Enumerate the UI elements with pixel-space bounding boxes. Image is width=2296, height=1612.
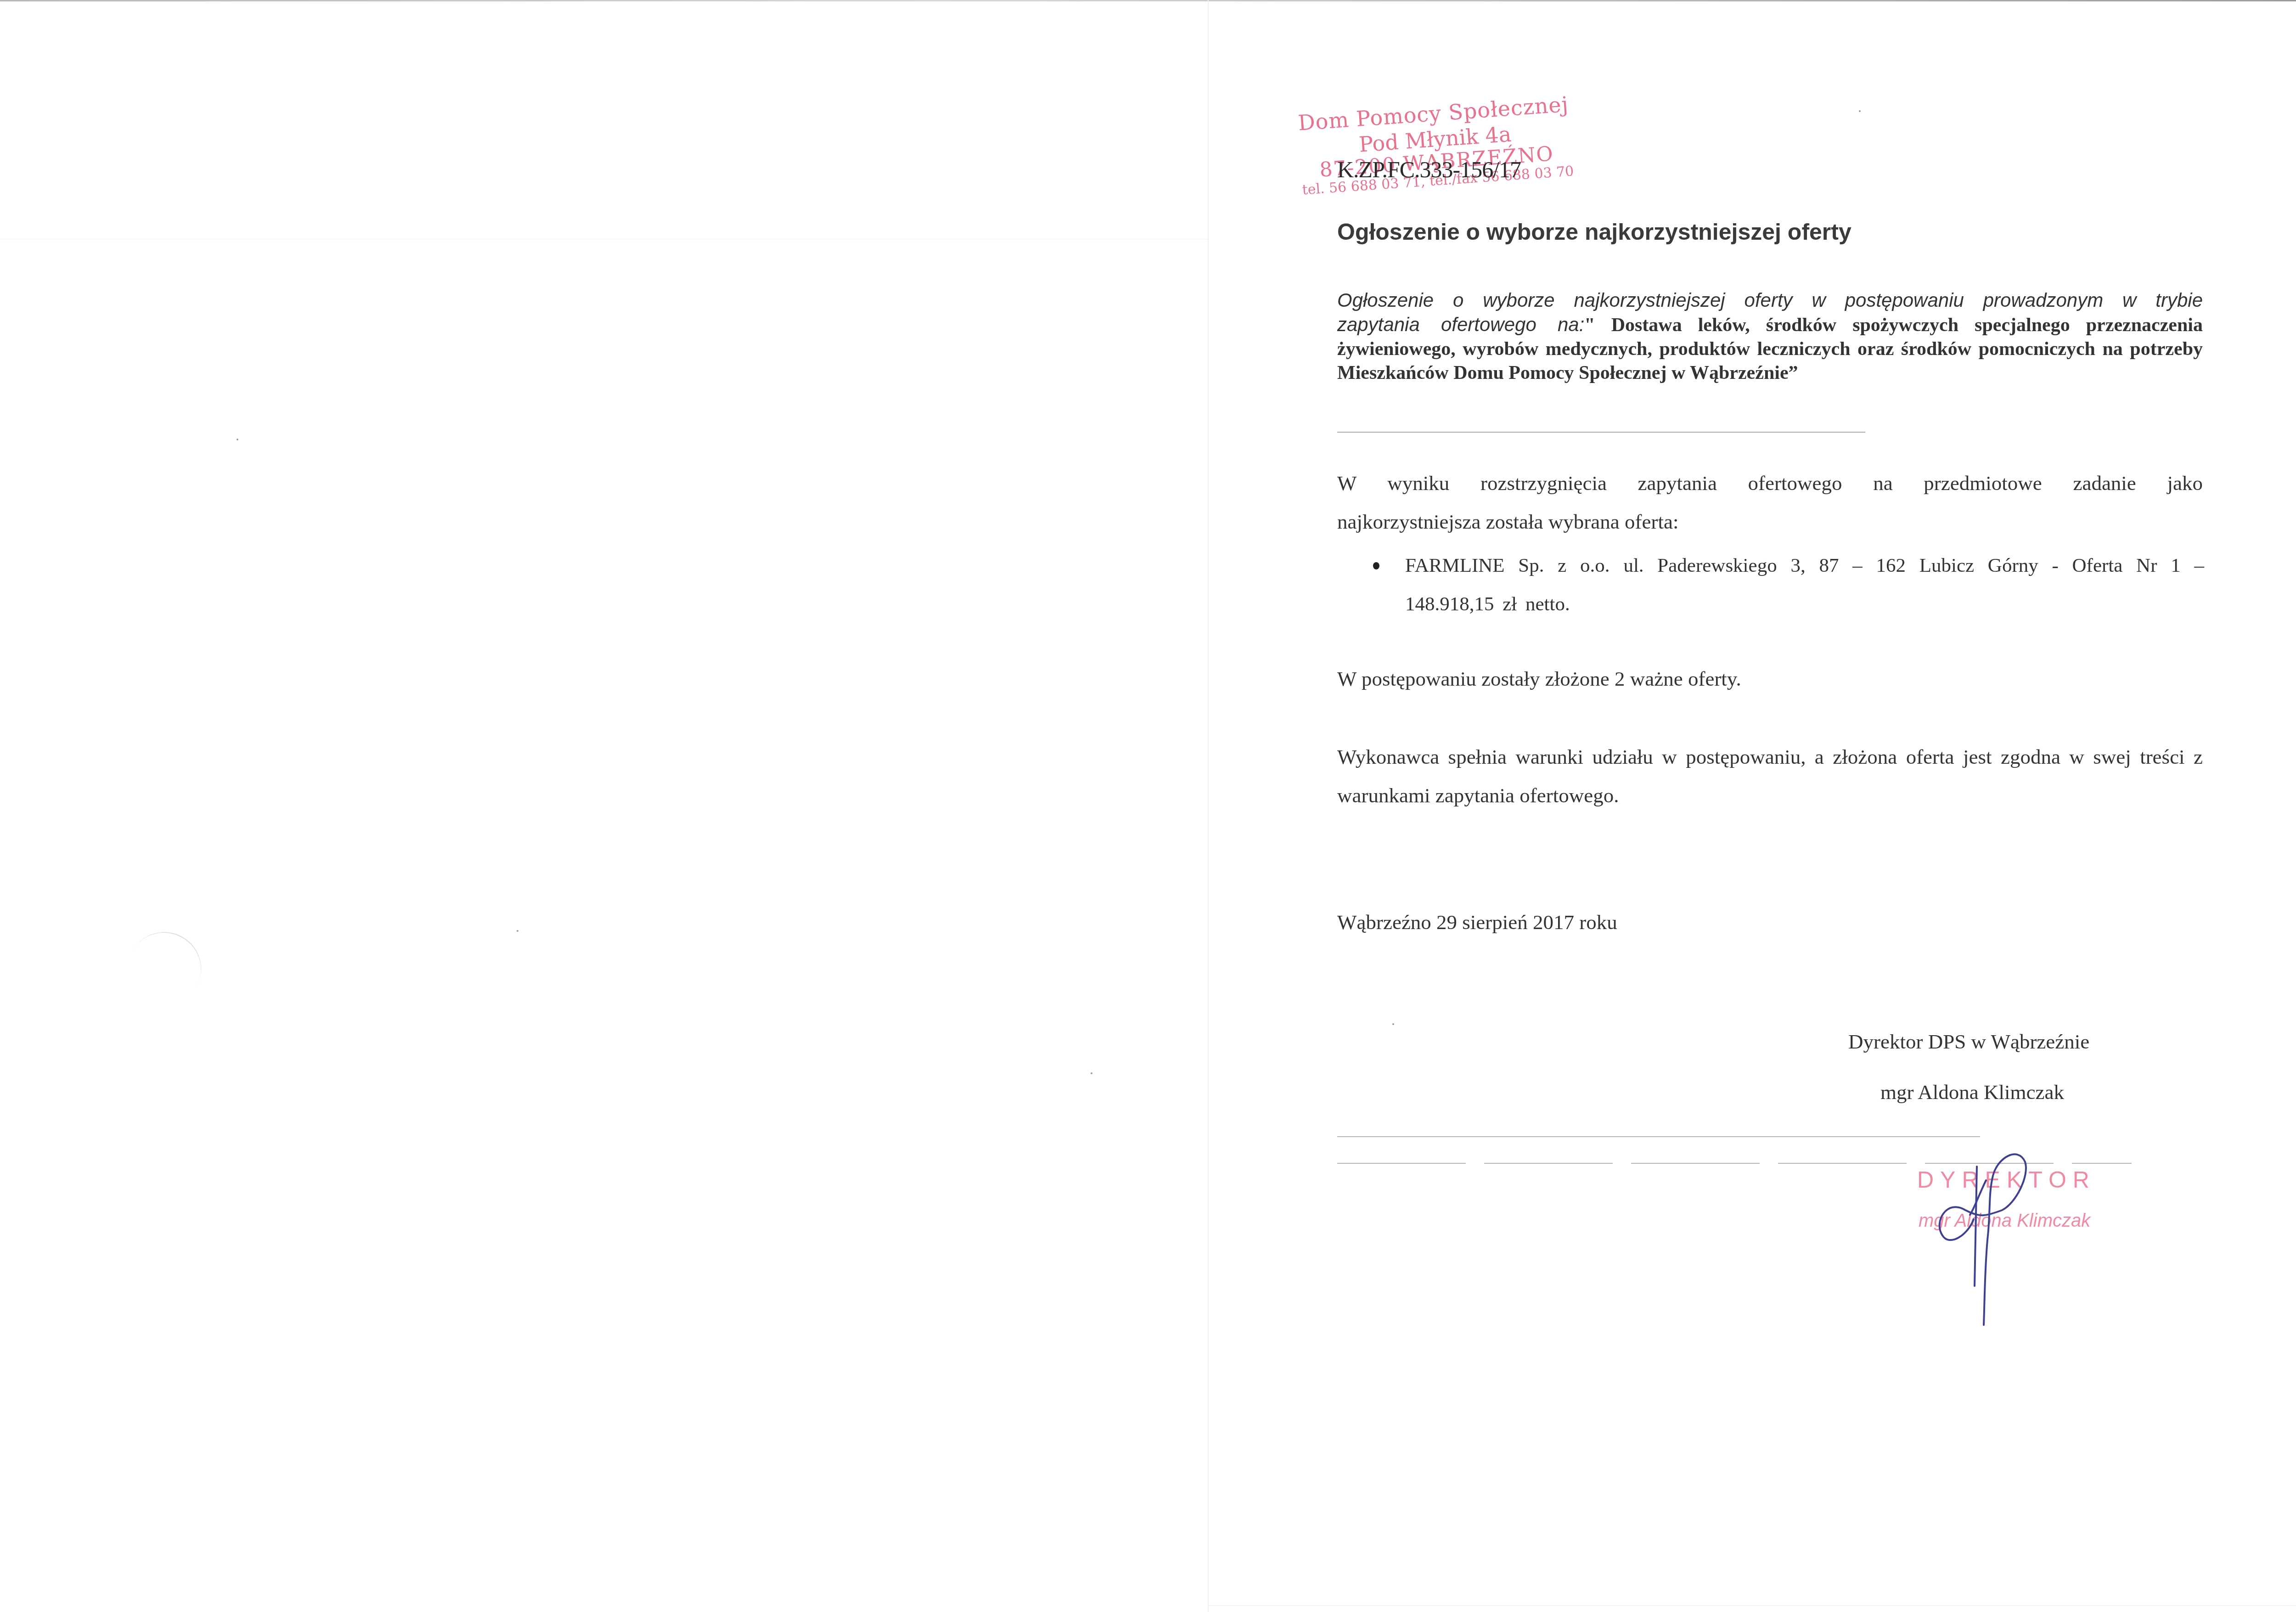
scan-fold-line [0, 239, 1208, 239]
winning-offer-item: FARMLINE Sp. z o.o. ul. Paderewskiego 3,… [1373, 547, 2204, 624]
intro-paragraph: Ogłoszenie o wyborze najkorzystniejszej … [1337, 288, 2203, 385]
footer-rule [1337, 1136, 1980, 1137]
page-divider [1208, 0, 1209, 1612]
document-title: Ogłoszenie o wyborze najkorzystniejszej … [1337, 219, 1851, 245]
winning-offer-text: FARMLINE Sp. z o.o. ul. Paderewskiego 3,… [1405, 547, 2204, 624]
scan-speck [1859, 110, 1861, 112]
signatory-name: mgr Aldona Klimczak [1880, 1080, 2064, 1104]
scan-speck [1392, 1023, 1394, 1025]
result-paragraph-line1: W wyniku rozstrzygnięcia zapytania ofert… [1337, 464, 2203, 502]
page-bottom-edge [1208, 1605, 2296, 1606]
result-paragraph-line2: najkorzystniejsza została wybrana oferta… [1337, 502, 2203, 541]
signatory-role: Dyrektor DPS w Wąbrzeźnie [1848, 1030, 2089, 1054]
scan-speck [1091, 1072, 1092, 1074]
scan-speck [236, 439, 238, 440]
scan-speck [517, 930, 518, 932]
handwritten-signature-icon [1924, 1148, 2062, 1332]
reference-number: K.ZP.FC.333-156/17 [1337, 156, 1521, 183]
result-paragraph: W wyniku rozstrzygnięcia zapytania ofert… [1337, 464, 2203, 541]
bullet-icon [1373, 562, 1379, 569]
separator-line [1337, 432, 1865, 433]
date-line: Wąbrzeźno 29 sierpień 2017 roku [1337, 903, 2203, 941]
institution-stamp: Dom Pomocy Społecznej Pod Młynik 4a 87-2… [1290, 90, 1581, 199]
blank-left-page [0, 1, 1208, 1612]
offers-count-paragraph: W postępowaniu zostały złożone 2 ważne o… [1337, 659, 2203, 698]
compliance-paragraph: Wykonawca spełnia warunki udziału w post… [1337, 738, 2203, 815]
